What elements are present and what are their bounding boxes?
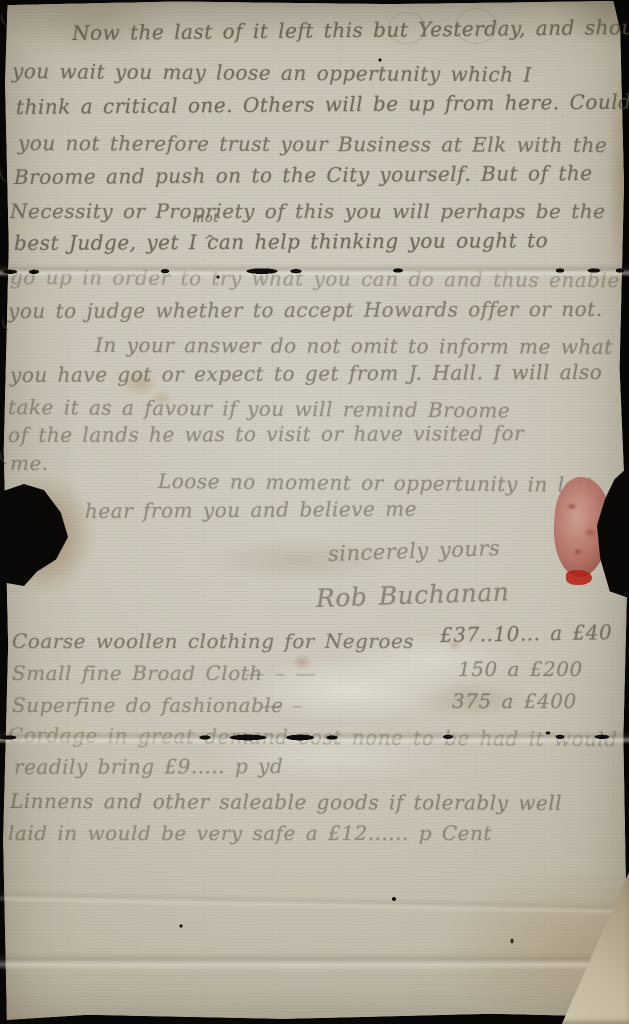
price-note: laid in would be very safe a £12...... p… <box>8 822 492 844</box>
letter-line: you to judge whether to accept Howards o… <box>8 298 603 322</box>
price-item: Coarse woollen clothing for Negroes <box>12 630 414 652</box>
letter-line: Now the last of it left this but Yesterd… <box>72 16 629 44</box>
price-value: 375 a £400 <box>452 690 577 712</box>
price-note: Linnens and other saleable goods if tole… <box>10 790 562 814</box>
letter-line: hear from you and believe me <box>85 498 417 522</box>
price-note: readily bring £9..... p yd <box>14 755 283 778</box>
letter-line: Necessity or Propriety of this you will … <box>10 200 605 222</box>
fold-crease <box>0 952 629 970</box>
letter-line: you wait you may loose an oppertunity wh… <box>12 60 532 86</box>
letter-line: me. <box>10 452 49 474</box>
letter-line: In your answer do not omit to inform me … <box>95 334 613 358</box>
letter-line: take it as a favour if you will remind B… <box>8 396 510 422</box>
letter-line: best Judge, yet I can help thinking you … <box>14 229 548 254</box>
fold-crease <box>0 264 629 277</box>
scanned-letter-page: Now the last of it left this but Yesterd… <box>0 0 629 1024</box>
letter-line: you not therefore trust your Business at… <box>18 132 607 156</box>
inserted-word: not <box>196 212 219 226</box>
letter-line: Broome and push on to the City yourself.… <box>14 162 593 188</box>
price-value: 150 a £200 <box>458 658 583 680</box>
price-item: Superfine do fashionable <box>12 694 284 716</box>
price-leader: — – <box>262 694 303 716</box>
letter-line: you have got or expect to get from J. Ha… <box>10 361 602 386</box>
letter-line: of the lands he was to visit or have vis… <box>8 422 524 446</box>
price-item: Small fine Broad Cloth <box>12 662 263 684</box>
price-value: £37..10... a £40 <box>440 621 613 646</box>
price-leader: — – — <box>245 662 316 684</box>
letter-line: think a critical one. Others will be up … <box>16 91 629 118</box>
letter-line: Loose no moment or oppertunity in lett <box>158 470 594 496</box>
insert-caret: ^ <box>204 234 216 249</box>
wax-seal-drip <box>566 570 592 585</box>
fold-crease <box>0 731 629 744</box>
